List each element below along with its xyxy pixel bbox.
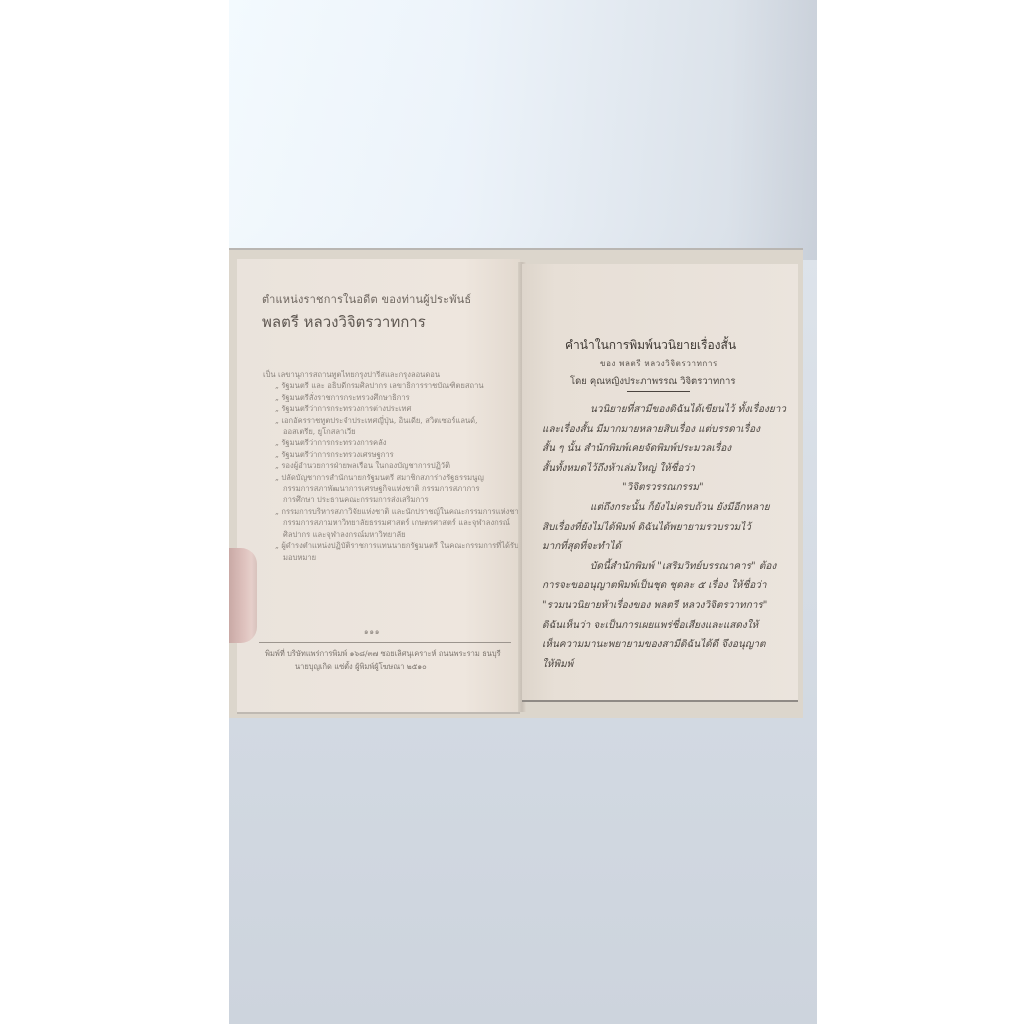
list-item: „ รัฐมนตรี และ อธิบดีกรมศิลปากร เลขาธิกา…: [263, 380, 524, 391]
list-item: „ กรรมการบริหารสภาวิจัยแห่งชาติ และนักปร…: [263, 506, 524, 517]
list-item: „ รัฐมนตรีว่าการกระทรวงการต่างประเทศ: [263, 403, 524, 414]
body-line: ดิฉันเห็นว่า จะเป็นการเผยแพร่ชื่อเสียงแล…: [542, 616, 787, 636]
body-line: นวนิยายที่สามีของดิฉันได้เขียนไว้ ทั้งเร…: [542, 400, 787, 420]
list-item: กรรมการสภามหาวิทยาลัยธรรมศาสตร์ เกษตรศาส…: [263, 517, 524, 528]
body-line: บัดนี้สำนักพิมพ์ "เสริมวิทย์บรรณาคาร" ต้…: [542, 557, 787, 577]
left-heading-author: พลตรี หลวงวิจิตรวาทการ: [262, 310, 426, 334]
thumb: [229, 548, 257, 643]
preface-body: นวนิยายที่สามีของดิฉันได้เขียนไว้ ทั้งเร…: [542, 400, 787, 674]
left-page: ตำแหน่งราชการในอดีต ของท่านผู้ประพันธ์ พ…: [237, 259, 520, 714]
career-list: เป็น เลขานุการสถานทูตไทยกรุงปารีสและกรุง…: [263, 369, 524, 563]
body-line: มากที่สุดที่จะทำได้: [542, 537, 787, 557]
list-item: ออสเตรีย, ยูโกสลาเวีย: [263, 426, 524, 437]
list-item: „ เอกอัครราชทูตประจำประเทศญี่ปุ่น, อินเด…: [263, 415, 524, 426]
body-line: สั้นทั้งหมดไว้ถึงห้าเล่มใหญ่ ให้ชื่อว่า: [542, 459, 787, 479]
body-line: สิบเรื่องที่ยังไม่ได้พิมพ์ ดิฉันได้พยายา…: [542, 518, 787, 538]
left-heading-line1: ตำแหน่งราชการในอดีต ของท่านผู้ประพันธ์: [262, 290, 471, 308]
list-item: „ ผู้ดำรงตำแหน่งปฏิบัติราชการแทนนายกรัฐม…: [263, 540, 524, 551]
page-number: ๑๑๑: [364, 627, 380, 638]
list-item: „ รัฐมนตรีสั่งราชการกระทรวงศึกษาธิการ: [263, 392, 524, 403]
list-item: เป็น เลขานุการสถานทูตไทยกรุงปารีสและกรุง…: [263, 369, 524, 380]
body-line: เห็นความมานะพยายามของสามีดิฉันได้ดี จึงอ…: [542, 635, 787, 655]
body-line: การจะขออนุญาตพิมพ์เป็นชุด ชุดละ ๕ เรื่อง…: [542, 576, 787, 596]
body-line: ให้พิมพ์: [542, 655, 787, 675]
list-item: การศึกษา ประธานคณะกรรมการส่งเสริมการ: [263, 494, 524, 505]
list-item: „ ปลัดบัญชาการสำนักนายกรัฐมนตรี สมาชิกสภ…: [263, 472, 524, 483]
preface-title: คำนำในการพิมพ์นวนิยายเรื่องสั้น: [565, 336, 736, 355]
body-line: แต่ถึงกระนั้น ก็ยังไม่ครบถ้วน ยังมีอีกหล…: [542, 498, 787, 518]
list-item: „ รองผู้อำนวยการฝ่ายพลเรือน ในกองบัญชากา…: [263, 460, 524, 471]
body-line: "รวมนวนิยายห้าเรื่องของ พลตรี หลวงวิจิตร…: [542, 596, 787, 616]
right-page: คำนำในการพิมพ์นวนิยายเรื่องสั้น ของ พลตร…: [522, 264, 798, 702]
list-item: ศิลปากร และจุฬาลงกรณ์มหาวิทยาลัย: [263, 529, 524, 540]
body-line: และเรื่องสั้น มีมากมายหลายสิบเรื่อง แต่บ…: [542, 420, 787, 440]
preface-byline: โดย คุณหญิงประภาพรรณ วิจิตรวาทการ: [570, 374, 735, 389]
preface-subtitle: ของ พลตรี หลวงวิจิตรวาทการ: [600, 357, 718, 370]
imprint-line2: นายบุญเกิด แซ่ตั้ง ผู้พิมพ์ผู้โฆษณา ๒๕๑๐: [295, 661, 427, 673]
list-item: „ รัฐมนตรีว่าการกระทรวงการคลัง: [263, 437, 524, 448]
list-item: กรรมการสภาพัฒนาการเศรษฐกิจแห่งชาติ กรรมก…: [263, 483, 524, 494]
divider: [627, 391, 690, 392]
imprint-line1: พิมพ์ที่ บริษัทแพร่การพิมพ์ ๑๖๘/๓๗ ซอยเล…: [265, 648, 501, 660]
body-line: "วิจิตรวรรณกรรม": [542, 478, 787, 498]
photo: ตำแหน่งราชการในอดีต ของท่านผู้ประพันธ์ พ…: [229, 0, 817, 1024]
body-line: สั้น ๆ นั้น สำนักพิมพ์เคยจัดพิมพ์ประมวลเ…: [542, 439, 787, 459]
list-item: มอบหมาย: [263, 552, 524, 563]
divider: [259, 642, 511, 643]
list-item: „ รัฐมนตรีว่าการกระทรวงเศรษฐการ: [263, 449, 524, 460]
